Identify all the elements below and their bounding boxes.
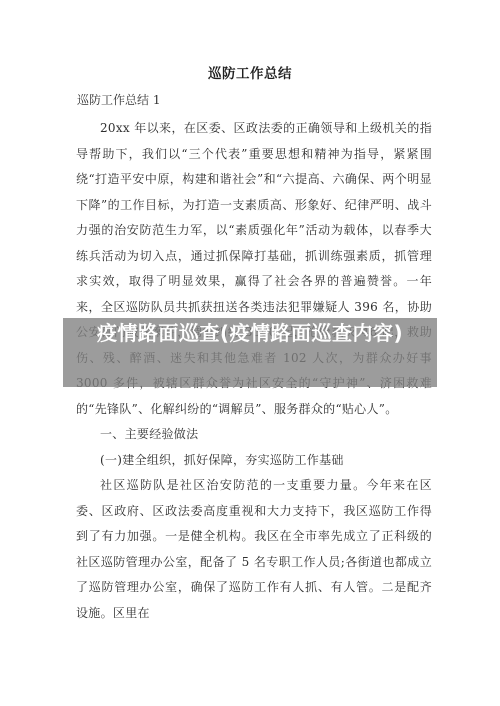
subsection-heading: (一)建全组织，抓好保障，夯实巡防工作基础 xyxy=(76,448,432,474)
document-subtitle: 巡防工作总结 1 xyxy=(77,91,160,108)
body-paragraph: 社区巡防队是社区治安防范的一支重要力量。今年来在区委、区政府、区政法委高度重视和… xyxy=(76,473,432,626)
overlay-title: 疫情路面巡查(疫情路面巡查内容) xyxy=(68,320,432,346)
document-page: 巡防工作总结 巡防工作总结 1 20xx 年以来，在区委、区政法委的正确领导和上… xyxy=(0,0,500,706)
section-heading: 一、主要经验做法 xyxy=(76,422,432,448)
document-title: 巡防工作总结 xyxy=(0,62,500,82)
